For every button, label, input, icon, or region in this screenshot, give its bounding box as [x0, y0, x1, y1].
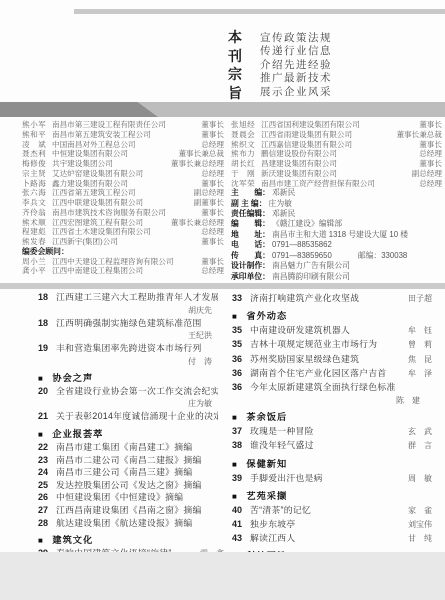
toc-section-header: ■ 省外动态 [232, 308, 432, 322]
member-company: 江西新宇(集团)公司 [52, 237, 197, 247]
masthead: 主 编： 邓新民 副 主 编： 庄为敏 责任编辑： 邓新民 编 辑： 《赣江建设… [231, 188, 442, 282]
member-company: 鹏信建设股份有限公司 [261, 149, 415, 159]
toc-entry: 25 发达控股集团公司《发达之窗》摘编 [38, 480, 224, 492]
member-title: 董事长兼总裁 [178, 149, 224, 159]
mission-line: 传递行业信息 [260, 45, 332, 58]
toc-entry: 28 航达建设集团《航达建设报》摘编 [38, 518, 224, 530]
toc-author: 付 涛 [188, 357, 212, 366]
section-title: 茶余饭后 [246, 412, 287, 422]
board-member-row: 梅修俊 共宇建设集团公司 董事长兼总经理 [22, 159, 224, 169]
toc-author: 牟 泽 [408, 367, 432, 380]
section-bullet-icon: ■ [232, 312, 238, 321]
toc-page-number: 20 [38, 386, 56, 398]
member-name: 凌 斌 [22, 140, 52, 150]
masthead-value: 南昌腾韵印刷有限公司 [272, 272, 350, 282]
masthead-row: 编 辑： 《赣江建设》编辑部 [231, 219, 442, 229]
masthead-row: 承印单位： 南昌腾韵印刷有限公司 [231, 272, 442, 282]
toc-title: 中南建设研发建筑机器人 [250, 324, 402, 337]
masthead-label: 副 主 编： [231, 199, 267, 209]
toc-page-number: 28 [38, 518, 56, 530]
member-company: 新沃建设集团有限公司 [261, 169, 408, 179]
masthead-row: 责任编辑： 邓新民 [231, 209, 442, 219]
masthead-value: 0791—83859650 [272, 251, 332, 261]
board-member-row: 张六海 江西省第五建筑工程公司 副总经理 [22, 188, 224, 198]
masthead-value: 南昌魅力广告有限公司 [272, 261, 350, 271]
section-title: 省外动态 [246, 311, 287, 321]
mission-block: 本 刊 宗 旨 宣传政策法规传递行业信息介绍先进经验推广最新技术展示企业风采 [228, 30, 332, 100]
member-title: 副总经理 [194, 188, 224, 198]
toc-page-number: 27 [38, 505, 56, 517]
toc-entry: 18 江西明确强制实施绿色建筑标准范围 [38, 318, 224, 330]
toc-entry: 40 苦“清茶”的记忆 家 雀 [232, 504, 432, 517]
board-member-row: 龚小平 江西中南建设工程集团公司 总经理 [22, 266, 224, 276]
member-company: 江西省土木建设集团有限公司 [52, 227, 197, 237]
board-member-row: 熊小军 南昌市第三建设工程有限责任公司 董事长 [22, 120, 224, 130]
member-title: 总经理 [419, 179, 442, 189]
toc-entry: 39 手脚爱出汗也是病 周 敏 [232, 472, 432, 485]
masthead-label: 设计制作： [231, 261, 270, 271]
masthead-label: 责任编辑： [231, 209, 270, 219]
member-company: 南昌市建筑技术咨询服务有限公司 [52, 208, 197, 218]
toc-page-number: 36 [232, 353, 250, 366]
board-member-row: 聂晨会 江西省雨建设集团有限公司 董事长兼总裁 [231, 130, 442, 140]
masthead-value: 0791—88535862 [272, 240, 332, 250]
toc-author: 群 言 [408, 439, 432, 452]
toc-author: 周 敏 [408, 472, 432, 485]
board-member-row: 熊织文 江西嘉信建设集团有限公司 董事长 [231, 140, 442, 150]
toc-page-number: 43 [232, 532, 250, 545]
toc-entry: 27 江西昌南建设集团《昌南之窗》摘编 [38, 505, 224, 517]
member-title: 董事长兼总经理 [171, 159, 224, 169]
mission-line: 展示企业风采 [260, 86, 332, 99]
toc-title: 独步东坡亭 [250, 518, 402, 531]
member-title: 副总经理 [412, 169, 442, 179]
mission-line: 推广最新技术 [260, 72, 332, 85]
board-member-row: 宗主贤 艾达炉窑建设集团有限公司 总经理 [22, 169, 224, 179]
toc-title: 江西明确强制实施绿色建筑标准范围 [56, 318, 218, 330]
toc-page-number: 33 [232, 292, 250, 305]
member-company: 南昌市第五建筑安装工程公司 [52, 130, 197, 140]
toc-title: 关于表彰2014年度诚信涌现十企业的决定 [56, 411, 218, 423]
toc-entry: 20 全省建设行业协会第一次工作交流会纪实 [38, 386, 224, 398]
toc-section-header: ■ 企业报荟萃 [38, 426, 224, 440]
board-member-row: 于 刚 新沃建设集团有限公司 副总经理 [231, 169, 442, 179]
toc-author: 玄 武 [408, 425, 432, 438]
toc-entry: 35 吉林十项规定规范业主市场行为 曾 莉 [232, 338, 432, 351]
section-title: 保健新知 [246, 459, 287, 469]
member-company: 江西省雨建设集团有限公司 [261, 130, 392, 140]
toc-title: 今年太原新建建筑全面执行绿色标准 [250, 381, 426, 394]
toc-title: 航达建设集团《航达建设报》摘编 [56, 518, 218, 530]
toc-page-number: 41 [232, 518, 250, 531]
masthead-value: 邓新民 [272, 209, 295, 219]
toc-title: 谁没年轻气盛过 [250, 439, 402, 452]
masthead-row: 设计制作： 南昌魅力广告有限公司 [231, 261, 442, 271]
member-title: 总经理 [201, 169, 224, 179]
toc-author-line: 王纪洪 [38, 330, 224, 341]
footer-band [0, 552, 445, 600]
member-title: 董事长 [201, 257, 224, 267]
masthead-value: 邓新民 [272, 188, 295, 198]
masthead-label: 主 编： [231, 188, 270, 198]
toc-section-header: ■ 协会之声 [38, 370, 224, 384]
masthead-row: 传 真： 0791—83859650 邮编：330038 [231, 251, 442, 261]
member-name: 聂杰利 [22, 149, 52, 159]
member-name: 聂晨会 [231, 130, 261, 140]
toc-page-number: 38 [232, 439, 250, 452]
member-company: 江西省第五建筑工程公司 [52, 188, 190, 198]
mission-title-char: 旨 [228, 86, 245, 100]
mission-line: 介绍先进经验 [260, 59, 332, 72]
member-company: 江西嘉信建设集团有限公司 [261, 140, 415, 150]
member-company: 中国南昌对外工程总公司 [52, 140, 197, 150]
member-title: 总经理 [201, 140, 224, 150]
member-company: 昌建建设集团有限公司 [261, 159, 415, 169]
member-title: 总经理 [419, 149, 442, 159]
toc-page-number: 25 [38, 480, 56, 492]
member-name: 龚小平 [22, 266, 52, 276]
masthead-label: 电 话： [231, 240, 270, 250]
toc-author-line: 陈 建 [232, 395, 432, 406]
toc-title: 中恒建设集团《中恒建设》摘编 [56, 492, 218, 504]
toc-title: 江西建工三建六大工程助推青年人才发展 [56, 292, 218, 304]
toc-entry: 22 南昌市建工集团《南昌建工》摘编 [38, 442, 224, 454]
toc-page-number: 36 [232, 381, 250, 394]
toc-page-number: 18 [38, 292, 56, 304]
toc-page-number: 39 [232, 472, 250, 485]
member-title: 董事长 [201, 208, 224, 218]
toc-page-number: 22 [38, 442, 56, 454]
toc-entry: 41 独步东坡亭 刘宝伟 [232, 518, 432, 531]
decorative-band [0, 102, 445, 117]
member-title: 副董事长 [194, 198, 224, 208]
member-title: 总经理 [201, 266, 224, 276]
toc-author: 曾 莉 [408, 338, 432, 351]
member-name: 熊织文 [231, 140, 261, 150]
member-company: 中恒建设集团有限公司 [52, 149, 174, 159]
toc-author: 王纪洪 [188, 331, 212, 340]
board-member-row: 胡长红 昌建建设集团有限公司 董事长 [231, 159, 442, 169]
toc-page-number: 35 [232, 324, 250, 337]
member-company: 鑫力建设集团有限公司 [52, 179, 197, 189]
toc-section-header: ■ 保健新知 [232, 456, 432, 470]
toc-author: 田子超 [408, 292, 432, 305]
section-bullet-icon: ■ [38, 430, 44, 439]
toc-page-number: 36 [232, 367, 250, 380]
member-title: 董事长兼总裁 [396, 130, 442, 140]
masthead-value: 庄为敏 [269, 199, 292, 209]
member-name: 卜路海 [22, 179, 52, 189]
member-name: 于 刚 [231, 169, 261, 179]
toc-page-number: 37 [232, 425, 250, 438]
toc-entry: 33 济南打响建筑产业化攻坚战 田子超 [232, 292, 432, 305]
toc-entry: 24 南昌市三建公司《南昌三建》摘编 [38, 467, 224, 479]
section-bullet-icon: ■ [232, 413, 238, 422]
top-rule [74, 9, 445, 14]
member-name: 熊布力 [231, 149, 261, 159]
member-name: 胡长红 [231, 159, 261, 169]
board-member-row: 程建彪 江西省土木建设集团有限公司 总经理 [22, 227, 224, 237]
toc-entry: 37 玫瑰是一种冒险 玄 武 [232, 425, 432, 438]
decorative-band-dark [0, 102, 158, 117]
section-bullet-icon: ■ [38, 536, 44, 545]
member-name: 熊和平 [22, 130, 52, 140]
masthead-label: 传 真： [231, 251, 270, 261]
toc-page-number: 21 [38, 411, 56, 423]
masthead-row: 电 话： 0791—88535862 [231, 240, 442, 250]
toc-title: 丰和营造集团率先跨进资本市场行列 [56, 343, 218, 355]
member-company: 江西中天建设工程监理咨询有限公司 [52, 257, 197, 267]
toc-title: 江西昌南建设集团《昌南之窗》摘编 [56, 505, 218, 517]
member-company: 江西中联建设集团有限公司 [52, 198, 190, 208]
masthead-extra: 邮编：330038 [358, 251, 407, 261]
mission-line: 宣传政策法规 [260, 32, 332, 45]
masthead-value: 南昌市主和大道 1318 号建设大厦 10 楼 [272, 230, 408, 240]
toc-title: 南昌市建工集团《南昌建工》摘编 [56, 442, 218, 454]
masthead-label: 编 辑： [231, 219, 270, 229]
board-member-row: 卜路海 鑫力建设集团有限公司 董事长 [22, 179, 224, 189]
member-company: 江西省国利建设集团有限公司 [261, 120, 415, 130]
toc-page-number: 35 [232, 338, 250, 351]
board-advisor-label: 编委会顾问： [22, 247, 224, 257]
toc-author: 庄为敏 [188, 399, 212, 408]
board-member-row: 聂杰利 中恒建设集团有限公司 董事长兼总裁 [22, 149, 224, 159]
board-member-row: 李兵文 江西中联建设集团有限公司 副董事长 [22, 198, 224, 208]
board-member-row: 齐伶翁 南昌市建筑技术咨询服务有限公司 董事长 [22, 208, 224, 218]
member-name: 张旭经 [231, 120, 261, 130]
board-member-row: 熊布力 鹏信建设股份有限公司 总经理 [231, 149, 442, 159]
toc-entry: 38 谁没年轻气盛过 群 言 [232, 439, 432, 452]
toc-section-header: ■ 艺苑采撷 [232, 488, 432, 502]
mission-vertical-title: 本 刊 宗 旨 [228, 30, 245, 100]
toc-author: 家 雀 [408, 504, 432, 517]
member-name: 齐伶翁 [22, 208, 52, 218]
member-name: 熊小军 [22, 120, 52, 130]
toc-page-number: 40 [232, 504, 250, 517]
toc-page-number: 26 [38, 492, 56, 504]
member-title: 董事长 [201, 179, 224, 189]
section-title: 企业报荟萃 [52, 429, 103, 439]
member-name: 沈军荣 [231, 179, 261, 189]
toc-entry: 19 丰和营造集团率先跨进资本市场行列 [38, 343, 224, 355]
board-column-right: 张旭经 江西省国利建设集团有限公司 董事长 聂晨会 江西省雨建设集团有限公司 董… [231, 120, 442, 282]
member-name: 周小兰 [22, 257, 52, 267]
toc-title: 济南打响建筑产业化攻坚战 [250, 292, 402, 305]
member-title: 董事长 [419, 140, 442, 150]
section-title: 协会之声 [52, 373, 93, 383]
toc-page-number: 24 [38, 467, 56, 479]
section-title: 艺苑采撷 [246, 491, 287, 501]
toc-title: 吉林十项规定规范业主市场行为 [250, 338, 402, 351]
toc-entry: 26 中恒建设集团《中恒建设》摘编 [38, 492, 224, 504]
member-company: 共宇建设集团公司 [52, 159, 167, 169]
board-member-row: 凌 斌 中国南昌对外工程总公司 总经理 [22, 140, 224, 150]
board-member-row: 沈军荣 南昌市建工资产经营担保有限公司 总经理 [231, 179, 442, 189]
board-member-row: 熊发春 江西新宇(集团)公司 董事长 [22, 237, 224, 247]
toc-title: 苏州奖励国家星级绿色建筑 [250, 353, 402, 366]
member-name: 熊术顺 [22, 218, 52, 228]
toc-page-number: 18 [38, 318, 56, 330]
toc-author: 刘宝伟 [408, 518, 432, 531]
toc-author-line: 付 涛 [38, 356, 224, 367]
member-name: 宗主贤 [22, 169, 52, 179]
toc-title: 发达控股集团公司《发达之窗》摘编 [56, 480, 218, 492]
member-name: 李兵文 [22, 198, 52, 208]
member-title: 董事长 [419, 120, 442, 130]
masthead-row: 副 主 编： 庄为敏 [231, 199, 442, 209]
toc-entry: 36 湖南首个住宅产业化园区落户吉首 牟 泽 [232, 367, 432, 380]
masthead-label: 承印单位： [231, 272, 270, 282]
mission-title-char: 刊 [228, 49, 245, 63]
toc-section-header: ■ 建筑文化 [38, 532, 224, 546]
member-title: 董事长 [201, 237, 224, 247]
board-member-row: 熊术顺 江西宏图建筑工程有限公司 董事长兼总经理 [22, 218, 224, 228]
member-company: 江西中南建设工程集团公司 [52, 266, 197, 276]
section-title: 建筑文化 [52, 535, 93, 545]
toc-page-number: 19 [38, 343, 56, 355]
member-title: 总经理 [201, 227, 224, 237]
member-name: 梅修俊 [22, 159, 52, 169]
toc-column-left: 18 江西建工三建六大工程助推青年人才发展 胡庆先 18 江西明确强制实施绿色建… [38, 292, 224, 591]
toc-author: 焦 昆 [408, 353, 432, 366]
toc-author-line: 庄为敏 [38, 398, 224, 409]
masthead-row: 主 编： 邓新民 [231, 188, 442, 198]
toc-title: 湖南首个住宅产业化园区落户吉首 [250, 367, 402, 380]
toc-title: 南昌市二建公司《南昌二建报》摘编 [56, 455, 218, 467]
toc-entry: 43 解读江西人 甘 纯 [232, 532, 432, 545]
toc-title: 全省建设行业协会第一次工作交流会纪实 [56, 386, 218, 398]
section-bullet-icon: ■ [38, 374, 44, 383]
toc-author: 牟 钰 [408, 324, 432, 337]
member-name: 熊发春 [22, 237, 52, 247]
member-title: 董事长 [419, 159, 442, 169]
masthead-row: 地 址： 南昌市主和大道 1318 号建设大厦 10 楼 [231, 230, 442, 240]
mission-title-char: 宗 [228, 67, 245, 81]
member-title: 董事长兼总经理 [171, 218, 224, 228]
toc-entry: 36 苏州奖励国家星级绿色建筑 焦 昆 [232, 353, 432, 366]
toc-title: 苦“清茶”的记忆 [250, 504, 402, 517]
toc-column-right: 33 济南打响建筑产业化攻坚战 田子超 ■ 省外动态 35 中南建设研发建筑机器… [232, 292, 432, 579]
toc-title: 玫瑰是一种冒险 [250, 425, 402, 438]
board-member-row: 周小兰 江西中天建设工程监理咨询有限公司 董事长 [22, 257, 224, 267]
mission-title-char: 本 [228, 30, 245, 44]
section-bullet-icon: ■ [232, 460, 238, 469]
toc-author-line: 胡庆先 [38, 305, 224, 316]
toc-title: 解读江西人 [250, 532, 402, 545]
toc-title: 手脚爱出汗也是病 [250, 472, 402, 485]
mission-lines: 宣传政策法规传递行业信息介绍先进经验推广最新技术展示企业风采 [260, 30, 332, 100]
toc-entry: 36 今年太原新建建筑全面执行绿色标准 [232, 381, 432, 394]
toc-author: 胡庆先 [188, 306, 212, 315]
board-member-row: 张旭经 江西省国利建设集团有限公司 董事长 [231, 120, 442, 130]
section-bullet-icon: ■ [232, 492, 238, 501]
member-company: 南昌市第三建设工程有限责任公司 [52, 120, 197, 130]
toc-author: 甘 纯 [408, 532, 432, 545]
member-name: 张六海 [22, 188, 52, 198]
toc-entry: 23 南昌市二建公司《南昌二建报》摘编 [38, 455, 224, 467]
masthead-label: 地 址： [231, 230, 270, 240]
toc-entry: 21 关于表彰2014年度诚信涌现十企业的决定 [38, 411, 224, 423]
toc-entry: 35 中南建设研发建筑机器人 牟 钰 [232, 324, 432, 337]
toc-page-number: 23 [38, 455, 56, 467]
section-divider [0, 283, 445, 289]
member-company: 江西宏图建筑工程有限公司 [52, 218, 167, 228]
member-company: 艾达炉窑建设集团有限公司 [52, 169, 197, 179]
toc-section-header: ■ 茶余饭后 [232, 409, 432, 423]
board-member-row: 熊和平 南昌市第五建筑安装工程公司 董事长 [22, 130, 224, 140]
member-company: 南昌市建工资产经营担保有限公司 [261, 179, 415, 189]
toc-entry: 18 江西建工三建六大工程助推青年人才发展 [38, 292, 224, 304]
member-name: 程建彪 [22, 227, 52, 237]
member-title: 董事长 [201, 120, 224, 130]
board-right-rows: 张旭经 江西省国利建设集团有限公司 董事长 聂晨会 江西省雨建设集团有限公司 董… [231, 120, 442, 188]
masthead-value: 《赣江建设》编辑部 [272, 219, 342, 229]
board-column-left: 熊小军 南昌市第三建设工程有限责任公司 董事长 熊和平 南昌市第五建筑安装工程公… [22, 120, 224, 276]
toc-title: 南昌市三建公司《南昌三建》摘编 [56, 467, 218, 479]
toc-author: 陈 建 [396, 396, 420, 405]
member-title: 董事长 [201, 130, 224, 140]
